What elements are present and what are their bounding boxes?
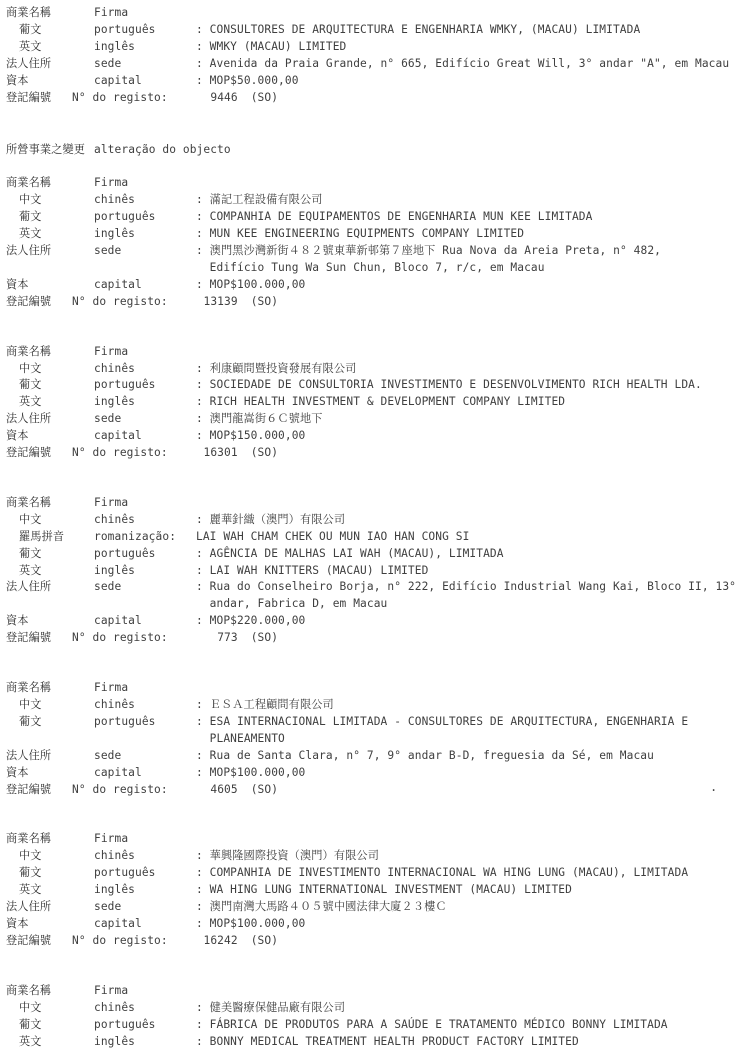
firm-label-pt: Firma <box>94 495 196 512</box>
record-row: andar, Fabrica D, em Macau <box>6 596 751 613</box>
record-row: 中文chinês: 利康顧問暨投資發展有限公司 <box>6 361 751 378</box>
field-label-zh: 中文 <box>6 361 94 378</box>
registo-label-pt: N° do registo: <box>72 445 168 462</box>
field-label-zh: 英文 <box>6 39 94 56</box>
record-row: 商業名稱Firma <box>6 175 751 192</box>
field-value: : 澳門龍嵩街６Ｃ號地下 <box>196 411 751 428</box>
record-row: 商業名稱Firma <box>6 344 751 361</box>
firm-label-pt: Firma <box>94 344 196 361</box>
field-label-pt: sede <box>94 243 196 260</box>
field-label-pt: português <box>94 209 196 226</box>
record-row: 羅馬拼音romanização:LAI WAH CHAM CHEK OU MUN… <box>6 529 751 546</box>
registo-label-zh: 登記編號 <box>6 90 72 107</box>
registo-suffix: (SO) <box>251 782 278 799</box>
field-label-pt: capital <box>94 73 196 90</box>
field-value: : 滿記工程設備有限公司 <box>196 192 751 209</box>
field-value-continued: andar, Fabrica D, em Macau <box>196 596 751 613</box>
field-value: : 健美醫療保健品廠有限公司 <box>196 1000 751 1017</box>
field-label-pt: chinês <box>94 1000 196 1017</box>
field-label-zh: 英文 <box>6 882 94 899</box>
registo-label-pt: N° do registo: <box>72 782 168 799</box>
field-label-zh: 資本 <box>6 916 94 933</box>
registo-number: 773 <box>192 630 238 647</box>
field-label-pt: inglês <box>94 394 196 411</box>
field-label-zh: 葡文 <box>6 1017 94 1034</box>
field-label-zh: 法人住所 <box>6 411 94 428</box>
field-label-zh: 資本 <box>6 73 94 90</box>
record-row: 葡文português: ESA INTERNACIONAL LIMITADA … <box>6 714 751 731</box>
field-label-zh: 中文 <box>6 697 94 714</box>
section-heading-pt: alteração do objecto <box>94 143 231 156</box>
record-row: 資本capital: MOP$100.000,00 <box>6 277 751 294</box>
record-row: 資本capital: MOP$50.000,00 <box>6 73 751 90</box>
record-row: 資本capital: MOP$100.000,00 <box>6 765 751 782</box>
field-value: : MOP$100.000,00 <box>196 277 751 294</box>
record-row: 葡文português: CONSULTORES DE ARQUITECTURA… <box>6 22 751 39</box>
field-label-pt: capital <box>94 613 196 630</box>
record: 商業名稱Firma中文chinês: 麗華針織（澳門）有限公司羅馬拼音roman… <box>6 495 751 647</box>
registo-number: 16242 <box>192 933 238 950</box>
field-label-pt: inglês <box>94 563 196 580</box>
field-label-zh: 中文 <box>6 192 94 209</box>
field-label-pt: português <box>94 377 196 394</box>
field-label-pt: capital <box>94 916 196 933</box>
field-label-pt: português <box>94 1017 196 1034</box>
registo-suffix: (SO) <box>251 630 278 647</box>
firm-label-zh: 商業名稱 <box>6 175 94 192</box>
field-label-pt: inglês <box>94 1034 196 1051</box>
registo-number: 13139 <box>192 294 238 311</box>
registo-label-pt: N° do registo: <box>72 90 168 107</box>
field-label-pt: chinês <box>94 512 196 529</box>
field-label-pt: capital <box>94 765 196 782</box>
firm-label-zh: 商業名稱 <box>6 983 94 1000</box>
record-row: 法人住所sede: 澳門龍嵩街６Ｃ號地下 <box>6 411 751 428</box>
field-label-pt: português <box>94 22 196 39</box>
field-label-zh: 中文 <box>6 848 94 865</box>
field-value: : SOCIEDADE DE CONSULTORIA INVESTIMENTO … <box>196 377 751 394</box>
field-label-pt: inglês <box>94 226 196 243</box>
field-label-pt: romanização: <box>94 529 196 546</box>
field-label-pt: sede <box>94 899 196 916</box>
record-row: 中文chinês: 華興隆國際投資（澳門）有限公司 <box>6 848 751 865</box>
field-value: : COMPANHIA DE EQUIPAMENTOS DE ENGENHARI… <box>196 209 751 226</box>
record: 商業名稱Firma中文chinês: 滿記工程設備有限公司葡文português… <box>6 175 751 310</box>
record-row: 中文chinês: 麗華針織（澳門）有限公司 <box>6 512 751 529</box>
record-row: 登記編號N° do registo:9446(SO) <box>6 90 751 107</box>
field-label-pt: chinês <box>94 697 196 714</box>
field-label-zh: 法人住所 <box>6 243 94 260</box>
record-row: 商業名稱Firma <box>6 983 751 1000</box>
record-row: 中文chinês: 滿記工程設備有限公司 <box>6 192 751 209</box>
field-label-pt: inglês <box>94 882 196 899</box>
record-row: PLANEAMENTO <box>6 731 751 748</box>
field-value-continued: PLANEAMENTO <box>196 731 751 748</box>
field-value: : Rua de Santa Clara, n° 7, 9° andar B-D… <box>196 748 751 765</box>
registo-number: 4605 <box>192 782 238 799</box>
registo-label-zh: 登記編號 <box>6 630 72 647</box>
record: 商業名稱Firma中文chinês: 利康顧問暨投資發展有限公司葡文portug… <box>6 344 751 462</box>
firm-label-pt: Firma <box>94 831 196 848</box>
field-label-zh: 英文 <box>6 226 94 243</box>
gazette-page: 商業名稱Firma葡文português: CONSULTORES DE ARQ… <box>0 0 755 1050</box>
field-label-zh: 葡文 <box>6 377 94 394</box>
record-row: 葡文português: COMPANHIA DE EQUIPAMENTOS D… <box>6 209 751 226</box>
record-row: 葡文português: COMPANHIA DE INVESTIMENTO I… <box>6 865 751 882</box>
record: 商業名稱Firma中文chinês: 健美醫療保健品廠有限公司葡文portugu… <box>6 983 751 1051</box>
record-row: 英文inglês: MUN KEE ENGINEERING EQUIPMENTS… <box>6 226 751 243</box>
field-value: : MOP$100.000,00 <box>196 916 751 933</box>
registo-suffix: (SO) <box>251 933 278 950</box>
record-row: 法人住所sede: Avenida da Praia Grande, n° 66… <box>6 56 751 73</box>
field-label-zh: 資本 <box>6 428 94 445</box>
record-row: 登記編號N° do registo:773(SO) <box>6 630 751 647</box>
field-value: : RICH HEALTH INVESTMENT & DEVELOPMENT C… <box>196 394 751 411</box>
field-label-zh: 羅馬拼音 <box>6 529 94 546</box>
field-label-zh: 葡文 <box>6 209 94 226</box>
firm-label-pt: Firma <box>94 680 196 697</box>
firm-label-zh: 商業名稱 <box>6 5 94 22</box>
scan-artifact-dot: . <box>710 780 717 794</box>
field-value: : AGÊNCIA DE MALHAS LAI WAH (MACAU), LIM… <box>196 546 751 563</box>
section-heading-zh: 所營事業之變更 <box>6 143 85 156</box>
record-row: 英文inglês: LAI WAH KNITTERS (MACAU) LIMIT… <box>6 563 751 580</box>
firm-label-zh: 商業名稱 <box>6 680 94 697</box>
registo-suffix: (SO) <box>251 445 278 462</box>
record-row: 法人住所sede: Rua de Santa Clara, n° 7, 9° a… <box>6 748 751 765</box>
record-row: 葡文português: SOCIEDADE DE CONSULTORIA IN… <box>6 377 751 394</box>
field-label-pt: sede <box>94 56 196 73</box>
field-label-zh: 葡文 <box>6 865 94 882</box>
record-row: 資本capital: MOP$150.000,00 <box>6 428 751 445</box>
field-value: : Rua do Conselheiro Borja, n° 222, Edif… <box>196 579 751 596</box>
registo-number: 16301 <box>192 445 238 462</box>
field-value: : MOP$150.000,00 <box>196 428 751 445</box>
record-row: 商業名稱Firma <box>6 831 751 848</box>
field-value: : MOP$50.000,00 <box>196 73 751 90</box>
field-label-zh: 葡文 <box>6 546 94 563</box>
field-value: : MUN KEE ENGINEERING EQUIPMENTS COMPANY… <box>196 226 751 243</box>
field-label-zh: 英文 <box>6 563 94 580</box>
field-label-zh: 英文 <box>6 1034 94 1051</box>
field-label-pt: capital <box>94 277 196 294</box>
registo-label-zh: 登記編號 <box>6 782 72 799</box>
registo-label-zh: 登記編號 <box>6 933 72 950</box>
registo-label-zh: 登記編號 <box>6 294 72 311</box>
record-row: 英文inglês: WMKY (MACAU) LIMITED <box>6 39 751 56</box>
field-value: : WA HING LUNG INTERNATIONAL INVESTMENT … <box>196 882 751 899</box>
registo-suffix: (SO) <box>251 90 278 107</box>
record-row: 中文chinês: 健美醫療保健品廠有限公司 <box>6 1000 751 1017</box>
field-label-zh: 英文 <box>6 394 94 411</box>
section-heading: 所營事業之變更alteração do objecto <box>6 142 751 159</box>
record-row: 英文inglês: RICH HEALTH INVESTMENT & DEVEL… <box>6 394 751 411</box>
record-row: 法人住所sede: 澳門黑沙灣新街４８２號東華新邨第７座地下 Rua Nova … <box>6 243 751 260</box>
registo-label-pt: N° do registo: <box>72 630 168 647</box>
firm-label-zh: 商業名稱 <box>6 495 94 512</box>
field-label-pt: chinês <box>94 361 196 378</box>
field-label-zh: 法人住所 <box>6 748 94 765</box>
field-value: : 華興隆國際投資（澳門）有限公司 <box>196 848 751 865</box>
field-value: : MOP$220.000,00 <box>196 613 751 630</box>
field-value-continued: Edifício Tung Wa Sun Chun, Bloco 7, r/c,… <box>196 260 751 277</box>
field-value: : 麗華針織（澳門）有限公司 <box>196 512 751 529</box>
field-value: : FÁBRICA DE PRODUTOS PARA A SAÚDE E TRA… <box>196 1017 751 1034</box>
field-value: : 澳門黑沙灣新街４８２號東華新邨第７座地下 Rua Nova da Areia… <box>196 243 751 260</box>
record-row: 商業名稱Firma <box>6 680 751 697</box>
field-value: : 利康顧問暨投資發展有限公司 <box>196 361 751 378</box>
field-label-pt: português <box>94 546 196 563</box>
field-value: : Avenida da Praia Grande, n° 665, Edifí… <box>196 56 751 73</box>
firm-label-zh: 商業名稱 <box>6 831 94 848</box>
field-label-pt: português <box>94 714 196 731</box>
field-value: LAI WAH CHAM CHEK OU MUN IAO HAN CONG SI <box>196 529 751 546</box>
record: 商業名稱Firma中文chinês: ＥＳＡ工程顧問有限公司葡文portuguê… <box>6 680 751 798</box>
field-label-pt: sede <box>94 748 196 765</box>
registo-label-pt: N° do registo: <box>72 294 168 311</box>
field-label-zh: 法人住所 <box>6 56 94 73</box>
firm-label-pt: Firma <box>94 175 196 192</box>
field-label-zh: 資本 <box>6 765 94 782</box>
record-row: 葡文português: FÁBRICA DE PRODUTOS PARA A … <box>6 1017 751 1034</box>
record-row: 商業名稱Firma <box>6 5 751 22</box>
field-label-pt: sede <box>94 411 196 428</box>
record-row: 登記編號N° do registo:16242(SO) <box>6 933 751 950</box>
field-value: : MOP$100.000,00 <box>196 765 751 782</box>
field-value: : ESA INTERNACIONAL LIMITADA - CONSULTOR… <box>196 714 751 731</box>
record-row: 資本capital: MOP$100.000,00 <box>6 916 751 933</box>
document-records: 商業名稱Firma葡文português: CONSULTORES DE ARQ… <box>6 5 751 1050</box>
record: 商業名稱Firma葡文português: CONSULTORES DE ARQ… <box>6 5 751 106</box>
field-label-zh: 葡文 <box>6 714 94 731</box>
record-row: 登記編號N° do registo:16301(SO) <box>6 445 751 462</box>
field-value: : BONNY MEDICAL TREATMENT HEALTH PRODUCT… <box>196 1034 751 1051</box>
field-label-pt: sede <box>94 579 196 596</box>
record-row: 登記編號N° do registo:4605(SO) <box>6 782 751 799</box>
registo-label-zh: 登記編號 <box>6 445 72 462</box>
record: 商業名稱Firma中文chinês: 華興隆國際投資（澳門）有限公司葡文port… <box>6 831 751 949</box>
record-row: 法人住所sede: 澳門南灣大馬路４０５號中國法律大廈２３樓Ｃ <box>6 899 751 916</box>
field-label-pt: chinês <box>94 192 196 209</box>
firm-label-zh: 商業名稱 <box>6 344 94 361</box>
registo-number: 9446 <box>192 90 238 107</box>
registo-label-pt: N° do registo: <box>72 933 168 950</box>
field-value: : ＥＳＡ工程顧問有限公司 <box>196 697 751 714</box>
field-label-zh: 中文 <box>6 512 94 529</box>
field-value: : 澳門南灣大馬路４０５號中國法律大廈２３樓Ｃ <box>196 899 751 916</box>
record-row: 中文chinês: ＥＳＡ工程顧問有限公司 <box>6 697 751 714</box>
record-row: Edifício Tung Wa Sun Chun, Bloco 7, r/c,… <box>6 260 751 277</box>
field-value: : LAI WAH KNITTERS (MACAU) LIMITED <box>196 563 751 580</box>
field-label-pt: capital <box>94 428 196 445</box>
field-label-zh: 法人住所 <box>6 579 94 596</box>
record-row: 英文inglês: BONNY MEDICAL TREATMENT HEALTH… <box>6 1034 751 1051</box>
field-label-zh: 葡文 <box>6 22 94 39</box>
firm-label-pt: Firma <box>94 5 196 22</box>
record-row: 英文inglês: WA HING LUNG INTERNATIONAL INV… <box>6 882 751 899</box>
field-value: : COMPANHIA DE INVESTIMENTO INTERNACIONA… <box>196 865 751 882</box>
field-label-zh: 資本 <box>6 613 94 630</box>
field-label-zh: 資本 <box>6 277 94 294</box>
registo-suffix: (SO) <box>251 294 278 311</box>
firm-label-pt: Firma <box>94 983 196 1000</box>
field-value: : CONSULTORES DE ARQUITECTURA E ENGENHAR… <box>196 22 751 39</box>
field-value: : WMKY (MACAU) LIMITED <box>196 39 751 56</box>
field-label-pt: português <box>94 865 196 882</box>
record-row: 資本capital: MOP$220.000,00 <box>6 613 751 630</box>
field-label-pt: chinês <box>94 848 196 865</box>
record-row: 法人住所sede: Rua do Conselheiro Borja, n° 2… <box>6 579 751 596</box>
field-label-zh: 法人住所 <box>6 899 94 916</box>
field-label-pt: inglês <box>94 39 196 56</box>
record-row: 商業名稱Firma <box>6 495 751 512</box>
field-label-zh: 中文 <box>6 1000 94 1017</box>
record-row: 葡文português: AGÊNCIA DE MALHAS LAI WAH (… <box>6 546 751 563</box>
record-row: 登記編號N° do registo:13139(SO) <box>6 294 751 311</box>
